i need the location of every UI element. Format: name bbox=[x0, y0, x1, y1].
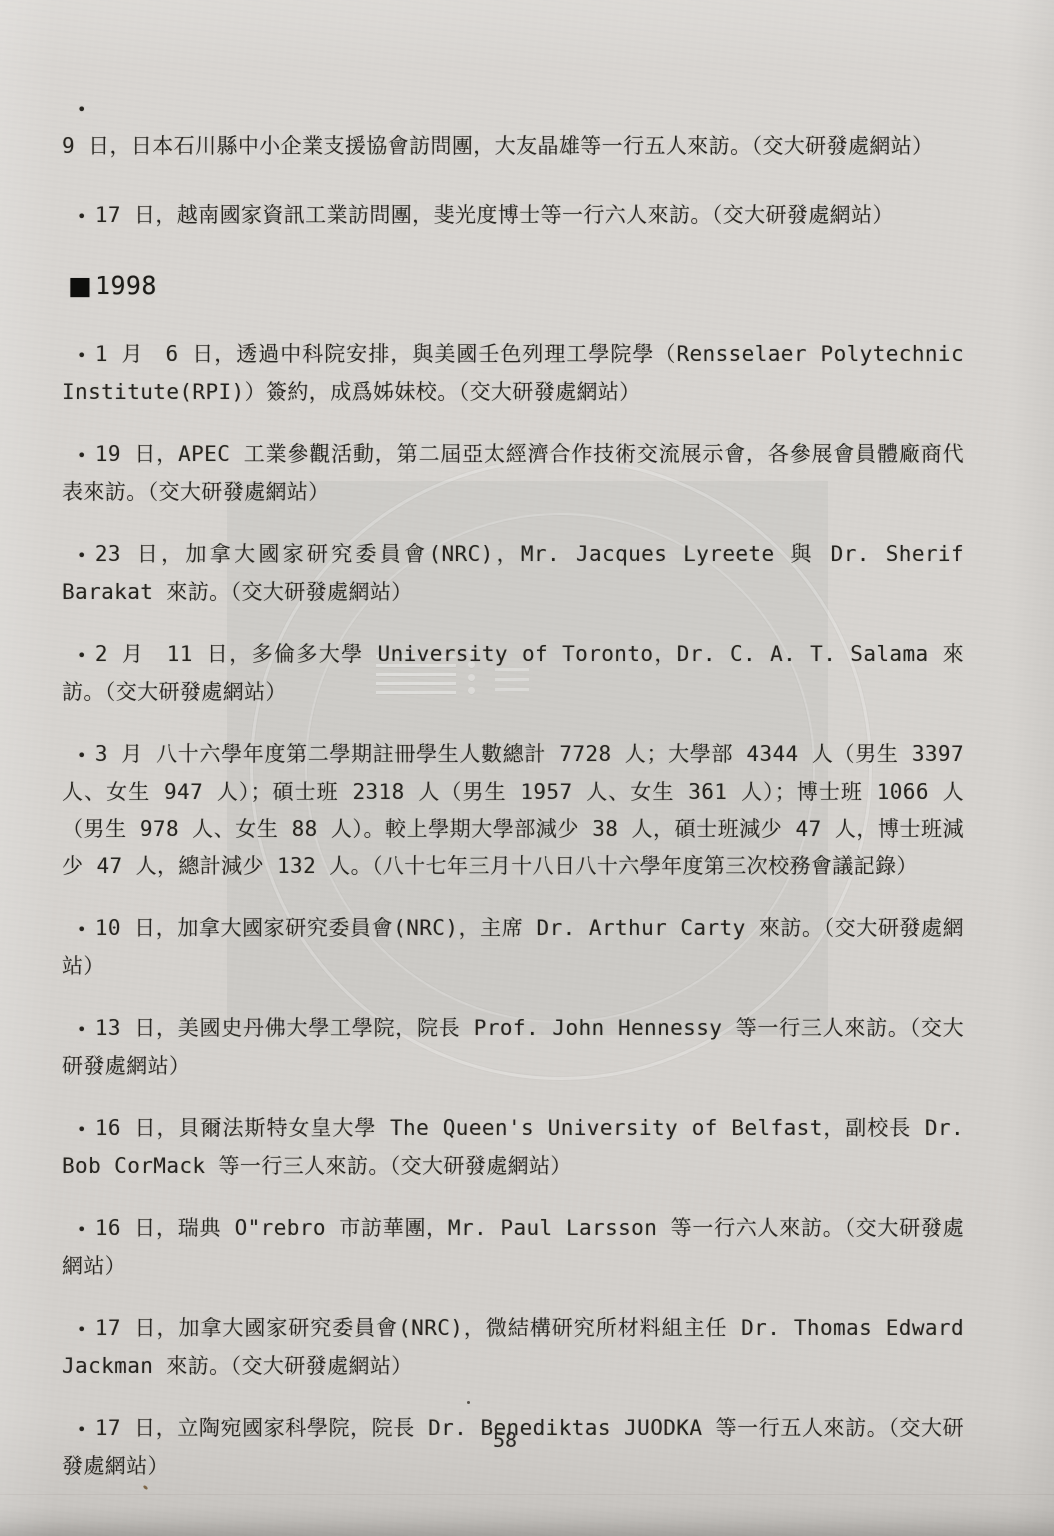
chronicle-entry: •2 月 11 日，多倫多大學 University of Toronto，Dr… bbox=[62, 636, 964, 711]
black-square-icon: ■ bbox=[62, 267, 95, 304]
entry-text: 13 日，美國史丹佛大學工學院，院長 Prof. John Hennessy 等… bbox=[62, 1016, 964, 1078]
entry-text: 23 日，加拿大國家研究委員會(NRC)，Mr. Jacques Lyreete… bbox=[62, 542, 964, 604]
entry-text: 17 日，加拿大國家研究委員會(NRC)，微結構研究所材料組主任 Dr. Tho… bbox=[62, 1316, 964, 1378]
year-section-heading: ■1998 bbox=[62, 267, 964, 304]
chronicle-text-column: •9 日，日本石川縣中小企業支援協會訪問團，大友晶雄等一行五人來訪。（交大研發處… bbox=[62, 90, 964, 1510]
chronicle-entry: •17 日，加拿大國家研究委員會(NRC)，微結構研究所材料組主任 Dr. Th… bbox=[62, 1310, 964, 1385]
entry-text: 1 月 6 日，透過中科院安排，與美國壬色列理工學院學（Rensselaer P… bbox=[62, 342, 964, 404]
year-label: 1998 bbox=[95, 271, 157, 300]
chronicle-entry: •23 日，加拿大國家研究委員會(NRC)，Mr. Jacques Lyreet… bbox=[62, 536, 964, 611]
chronicle-entry: •16 日，瑞典 O"rebro 市訪華團，Mr. Paul Larsson 等… bbox=[62, 1210, 964, 1285]
chronicle-entry: •17 日，越南國家資訊工業訪問團，斐光度博士等一行六人來訪。（交大研發處網站） bbox=[62, 197, 964, 235]
page-number: 58 bbox=[0, 1428, 1010, 1452]
chronicle-entry: •16 日，貝爾法斯特女皇大學 The Queen's University o… bbox=[62, 1110, 964, 1185]
entry-text: 16 日，瑞典 O"rebro 市訪華團，Mr. Paul Larsson 等一… bbox=[62, 1216, 964, 1278]
chronicle-entry: •3 月 八十六學年度第二學期註冊學生人數總計 7728 人；大學部 4344 … bbox=[62, 736, 964, 885]
bullet-icon: • bbox=[62, 1111, 95, 1148]
bullet-icon: • bbox=[62, 911, 95, 948]
entry-text: 19 日，APEC 工業參觀活動，第二屆亞太經濟合作技術交流展示會，各參展會員體… bbox=[62, 442, 964, 504]
bullet-icon: • bbox=[62, 198, 95, 235]
bullet-icon: • bbox=[62, 91, 95, 128]
bullet-icon: • bbox=[62, 637, 95, 674]
bullet-icon: • bbox=[62, 1211, 95, 1248]
chronicle-entry: •13 日，美國史丹佛大學工學院，院長 Prof. John Hennessy … bbox=[62, 1010, 964, 1085]
entry-text: 9 日，日本石川縣中小企業支援協會訪問團，大友晶雄等一行五人來訪。（交大研發處網… bbox=[62, 134, 934, 158]
entry-text: 3 月 八十六學年度第二學期註冊學生人數總計 7728 人；大學部 4344 人… bbox=[62, 742, 964, 878]
chronicle-entry: •1 月 6 日，透過中科院安排，與美國壬色列理工學院學（Rensselaer … bbox=[62, 336, 964, 411]
entry-text: 16 日，貝爾法斯特女皇大學 The Queen's University of… bbox=[62, 1116, 964, 1178]
paper-speck bbox=[467, 1401, 470, 1404]
bullet-icon: • bbox=[62, 1311, 95, 1348]
bullet-icon: • bbox=[62, 737, 95, 774]
chronicle-entry: •9 日，日本石川縣中小企業支援協會訪問團，大友晶雄等一行五人來訪。（交大研發處… bbox=[62, 90, 964, 165]
bullet-icon: • bbox=[62, 537, 95, 574]
scanned-page: •9 日，日本石川縣中小企業支援協會訪問團，大友晶雄等一行五人來訪。（交大研發處… bbox=[0, 0, 1054, 1536]
bullet-icon: • bbox=[62, 1011, 95, 1048]
entry-text: 10 日，加拿大國家研究委員會(NRC)，主席 Dr. Arthur Carty… bbox=[62, 916, 964, 978]
scan-crease-line bbox=[0, 1494, 1054, 1495]
bullet-icon: • bbox=[62, 437, 95, 474]
chronicle-entry: •19 日，APEC 工業參觀活動，第二屆亞太經濟合作技術交流展示會，各參展會員… bbox=[62, 436, 964, 511]
entry-text: 17 日，越南國家資訊工業訪問團，斐光度博士等一行六人來訪。（交大研發處網站） bbox=[95, 203, 894, 227]
bullet-icon: • bbox=[62, 337, 95, 374]
entry-text: 2 月 11 日，多倫多大學 University of Toronto，Dr.… bbox=[62, 642, 964, 704]
chronicle-entry: •10 日，加拿大國家研究委員會(NRC)，主席 Dr. Arthur Cart… bbox=[62, 910, 964, 985]
